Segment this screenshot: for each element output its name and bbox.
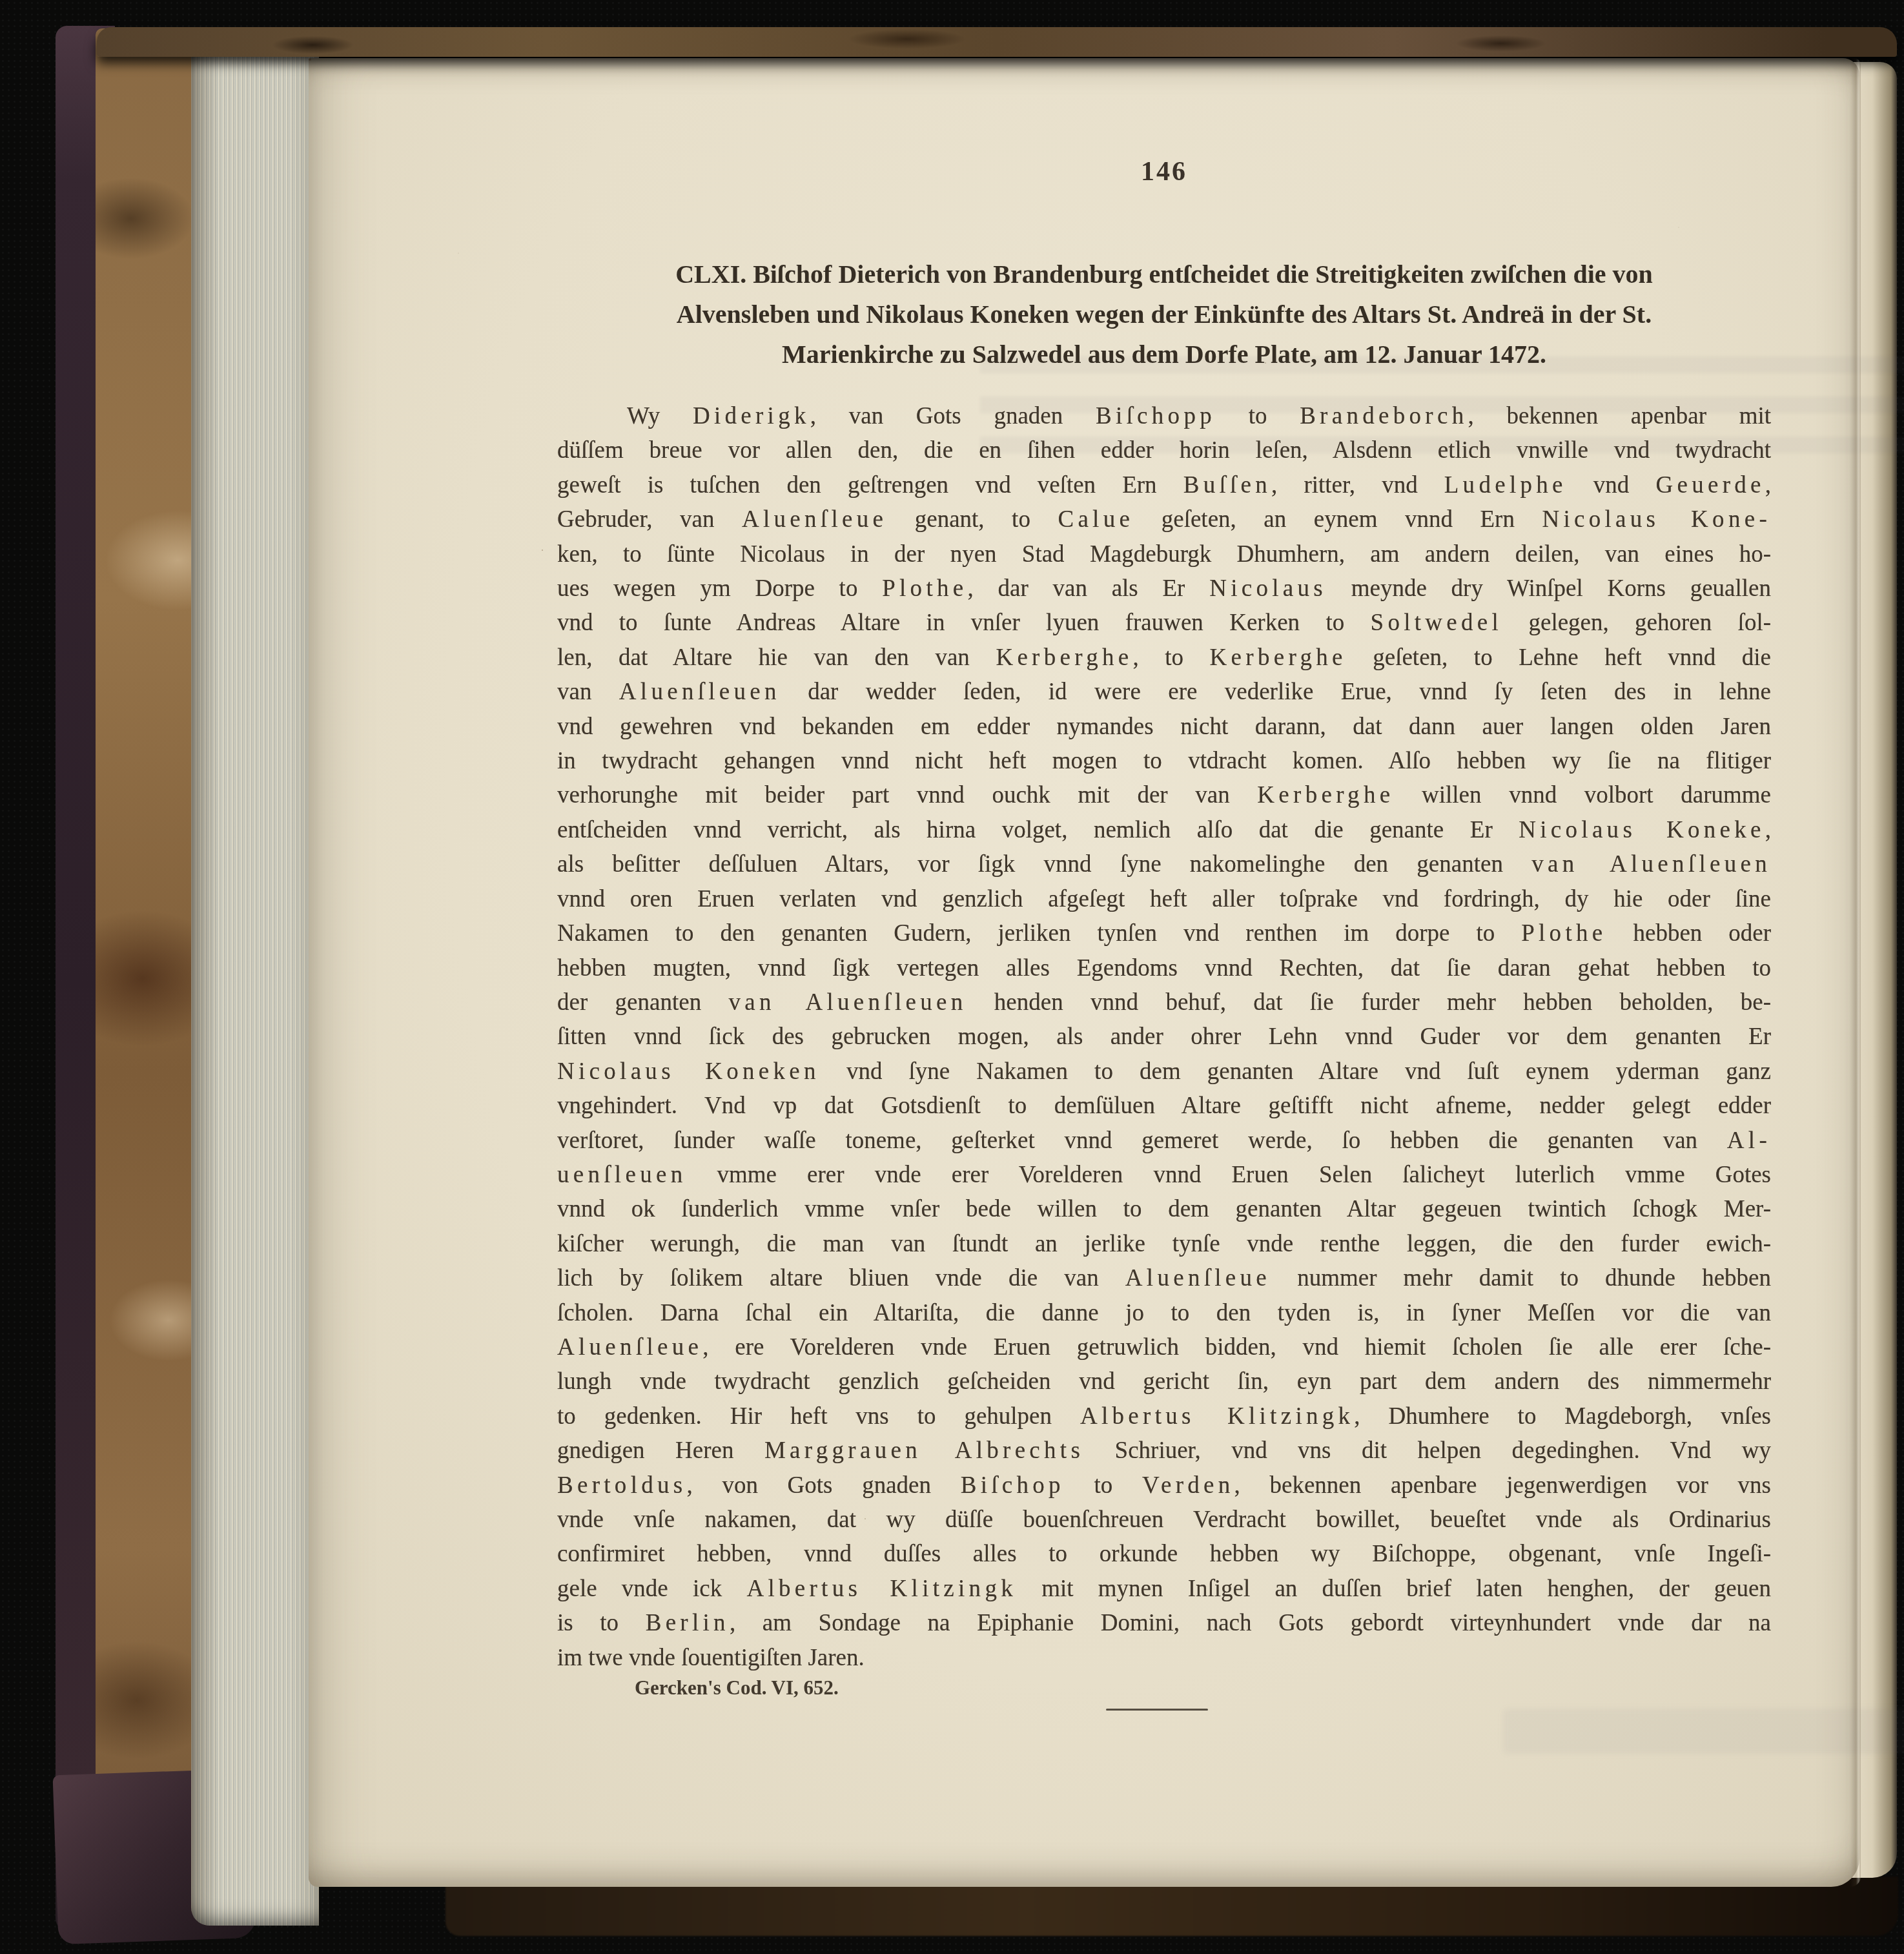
body-text-line: ſcholen. Darna ſchal ein Altariſta, die …	[557, 1296, 1771, 1330]
body-text-line: van Aluenſleuen dar wedder ſeden, id wer…	[557, 675, 1771, 709]
body-text-line: is to Berlin, am Sondage na Epiphanie Do…	[557, 1606, 1771, 1640]
body-text-line: verhorunghe mit beider part vnnd ouchk m…	[557, 778, 1771, 812]
letterspaced-name: Aluenſleuen	[619, 679, 781, 705]
letterspaced-name: Berlin	[646, 1610, 730, 1636]
letterspaced-name: Plothe	[1521, 920, 1606, 947]
body-text-line: Nicolaus Koneken vnd ſyne Nakamen to dem…	[557, 1054, 1771, 1089]
heading-line: CLXI. Biſchof Dieterich von Brandenburg …	[557, 254, 1771, 294]
body-text-line: der genanten van Aluenſleuen henden vnnd…	[557, 985, 1771, 1020]
body-text-line: entſcheiden vnnd verricht, als hirna vol…	[557, 813, 1771, 847]
letterspaced-name: Nicolaus	[1209, 575, 1327, 602]
letterspaced-name: Kerberghe	[1257, 782, 1394, 808]
body-text-line: verſtoret, ſunder waſſe toneme, geſterke…	[557, 1124, 1771, 1158]
body-text-line: uenſleuen vmme erer vnde erer Vorelderen…	[557, 1158, 1771, 1192]
body-text-line: ken, to ſünte Nicolaus in der nyen Stad …	[557, 537, 1771, 571]
letterspaced-name: Aluenſleue	[742, 506, 887, 533]
section-end-rule	[1106, 1709, 1208, 1711]
body-text-line: vnd gewehren vnd bekanden em edder nyman…	[557, 710, 1771, 744]
body-text-line: als beſitter deſſuluen Altars, vor ſigk …	[557, 847, 1771, 881]
body-text-line: len, dat Altare hie van den van Kerbergh…	[557, 641, 1771, 675]
heading-line: Marienkirche zu Salzwedel aus dem Dorfe …	[557, 334, 1771, 375]
book-page: 146 CLXI. Biſchof Dieterich von Brandenb…	[309, 58, 1859, 1887]
page-crease	[1850, 58, 1861, 1887]
body-text-line: im twe vnde ſouentigiſten Jaren.	[557, 1641, 1771, 1675]
body-text-line: vnnd oren Eruen verlaten vnd genzlich af…	[557, 882, 1771, 916]
body-text-line: gnedigen Heren Marggrauen Albrechts Schr…	[557, 1434, 1771, 1468]
letterspaced-name: Biſchopp	[1096, 403, 1216, 429]
paper-speck	[309, 58, 311, 61]
letterspaced-name: Diderigk	[693, 403, 810, 429]
body-text-line: confirmiret hebben, vnnd duſſes alles to…	[557, 1537, 1771, 1571]
letterspaced-name: Biſchop	[961, 1472, 1065, 1499]
letterspaced-name: Nicolaus Kone-	[1542, 506, 1771, 533]
letterspaced-name: Al-	[1727, 1127, 1771, 1154]
letterspaced-name: Nicolaus Koneken	[557, 1058, 820, 1085]
body-text-line: kiſcher werungh, die man van ſtundt an j…	[557, 1227, 1771, 1261]
body-text-line: Wy Diderigk, van Gots gnaden Biſchopp to…	[557, 399, 1771, 433]
letterspaced-name: Geuerde	[1655, 472, 1765, 499]
page-fore-edge-stack	[191, 41, 319, 1926]
body-text-line: in twydracht gehangen vnnd nicht heft mo…	[557, 744, 1771, 778]
letterspaced-name: Kerberghe	[996, 644, 1132, 671]
letterspaced-name: Aluenſleue	[1125, 1265, 1271, 1291]
letterspaced-name: Albertus Klitzingk	[1080, 1403, 1354, 1430]
book-cover-top-edge	[97, 27, 1897, 57]
letterspaced-name: Plothe	[882, 575, 967, 602]
letterspaced-name: uenſleuen	[557, 1162, 686, 1188]
body-text-line: Bertoldus, von Gots gnaden Biſchop to Ve…	[557, 1468, 1771, 1503]
letterspaced-name: Aluenſleue	[557, 1334, 702, 1361]
body-text-line: ſitten vnnd ſick des gebrucken mogen, al…	[557, 1020, 1771, 1054]
letterspaced-name: Albertus Klitzingk	[746, 1576, 1017, 1602]
page-number: 146	[557, 156, 1771, 187]
body-text-line: Nakamen to den genanten Gudern, jerliken…	[557, 916, 1771, 951]
letterspaced-name: Ludelphe	[1444, 472, 1567, 499]
body-text-line: vnde vnſe nakamen, dat wy düſſe bouenſch…	[557, 1503, 1771, 1537]
letterspaced-name: Bertoldus	[557, 1472, 687, 1499]
document-heading: CLXI. Biſchof Dieterich von Brandenburg …	[557, 254, 1771, 375]
body-text-line: to gedenken. Hir heft vns to gehulpen Al…	[557, 1399, 1771, 1434]
letterspaced-name: Kerberghe	[1210, 644, 1347, 671]
body-text-line: hebben mugten, vnnd ſigk vertegen alles …	[557, 951, 1771, 985]
letterspaced-name: Marggrauen Albrechts	[764, 1437, 1084, 1464]
reverse-side-showthrough	[1503, 1709, 1904, 1754]
letterspaced-name: Buſſen	[1183, 472, 1271, 499]
body-text-line: geweſt is tuſchen den geſtrengen vnd veſ…	[557, 468, 1771, 502]
body-text-line: ues wegen ym Dorpe to Plothe, dar van al…	[557, 571, 1771, 606]
source-citation: Gercken's Cod. VI, 652.	[635, 1676, 839, 1700]
body-text-line: Aluenſleue, ere Vorelderen vnde Eruen ge…	[557, 1330, 1771, 1364]
document-body: Wy Diderigk, van Gots gnaden Biſchopp to…	[557, 399, 1771, 1675]
body-text-line: Gebruder, van Aluenſleue genant, to Calu…	[557, 502, 1771, 537]
heading-line: Alvensleben und Nikolaus Koneken wegen d…	[557, 294, 1771, 334]
letterspaced-name: Brandeborch	[1300, 403, 1468, 429]
body-text-line: düſſem breue vor allen den, die en ſihen…	[557, 433, 1771, 468]
letterspaced-name: van Aluenſleuen	[1531, 851, 1771, 878]
letterspaced-name: Verden	[1142, 1472, 1234, 1499]
body-text-line: vnnd ok ſunderlich vmme vnſer bede wille…	[557, 1192, 1771, 1226]
body-text-line: lich by ſolikem altare bliuen vnde die v…	[557, 1261, 1771, 1295]
body-text-line: vnd to ſunte Andreas Altare in vnſer lyu…	[557, 606, 1771, 640]
letterspaced-name: van Aluenſleuen	[729, 989, 967, 1016]
letterspaced-name: Soltwedel	[1371, 610, 1503, 636]
letterspaced-name: Calue	[1058, 506, 1134, 533]
body-text-line: vngehindert. Vnd vp dat Gotsdienſt to de…	[557, 1089, 1771, 1123]
body-text-line: lungh vnde twydracht genzlich geſcheiden…	[557, 1364, 1771, 1399]
body-text-line: gele vnde ick Albertus Klitzingk mit myn…	[557, 1572, 1771, 1606]
letterspaced-name: Nicolaus Koneke	[1519, 817, 1765, 843]
